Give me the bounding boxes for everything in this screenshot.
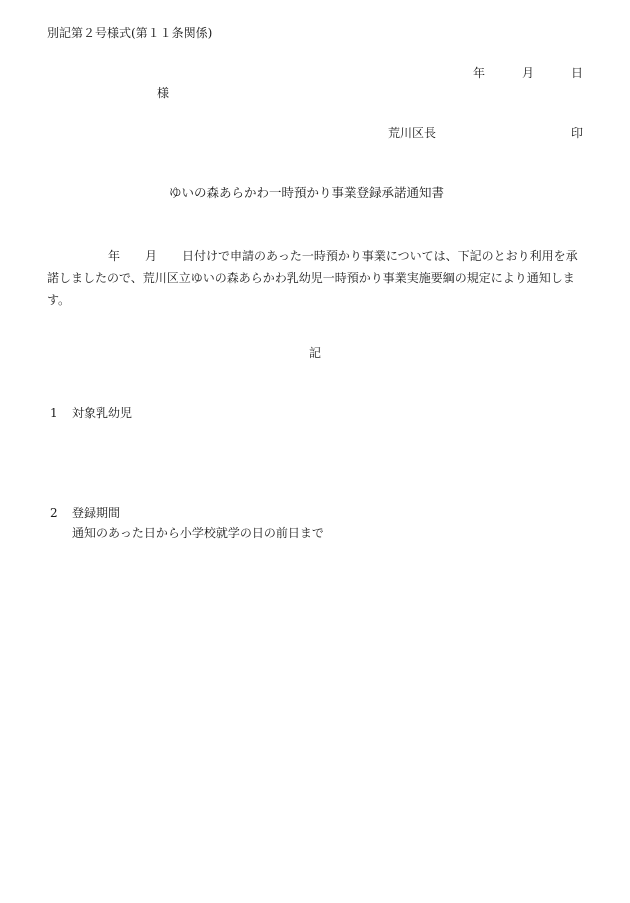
seal-mark: 印: [571, 126, 583, 140]
body-line-3: す。: [47, 289, 585, 311]
body-line-1: 年月日付けで申請のあった一時預かり事業については、下記のとおり利用を承: [47, 245, 585, 267]
issuer-name: 荒川区長: [388, 126, 436, 140]
body-line-1-text: 日付けで申請のあった一時預かり事業については、下記のとおり利用を承: [182, 249, 578, 263]
date-day-label: 日: [571, 66, 583, 80]
item-1-number: 1: [50, 406, 58, 420]
item-1-label: 対象乳幼児: [72, 406, 132, 420]
body-paragraph: 年月日付けで申請のあった一時預かり事業については、下記のとおり利用を承 諾しまし…: [47, 245, 585, 311]
form-number: 別記第２号様式(第１１条関係): [47, 26, 212, 40]
body-line-2: 諾しましたので、荒川区立ゆいの森あらかわ乳幼児一時預かり事業実施要綱の規定により…: [47, 267, 585, 289]
addressee-suffix: 様: [157, 86, 169, 100]
item-2-number: 2: [50, 506, 58, 520]
body-month-label: 月: [145, 249, 157, 263]
ki-heading: 記: [309, 346, 321, 360]
date-year-label: 年: [473, 66, 485, 80]
body-year-label: 年: [108, 249, 120, 263]
item-2-label: 登録期間: [72, 506, 120, 520]
date-month-label: 月: [522, 66, 534, 80]
document-title: ゆいの森あらかわ一時預かり事業登録承諾通知書: [169, 186, 444, 200]
item-2-detail: 通知のあった日から小学校就学の日の前日まで: [72, 526, 324, 540]
